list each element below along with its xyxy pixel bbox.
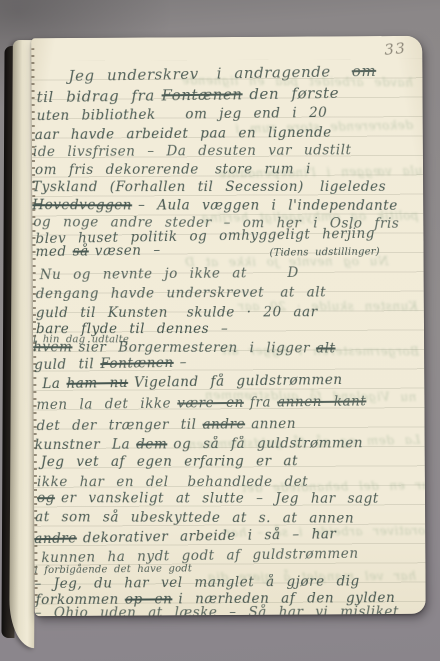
handwriting-segment: i andragende: [217, 63, 331, 83]
struck-word: og: [37, 490, 55, 506]
handwriting-line: aar havde arbeidet paa en lignende: [35, 125, 332, 144]
struck-word: hvem: [33, 339, 72, 355]
handwriting-line: men la det ikkevære enfraannen kant: [36, 393, 366, 413]
handwriting-line: ikke har en delbehandlede det: [37, 474, 308, 490]
handwriting-segment: Tyskland (Forhallen til Secession): [32, 179, 304, 195]
struck-word: om: [352, 62, 377, 80]
handwriting-line: kunnen ha nydt godt af guldstrømmen: [41, 546, 358, 566]
struck-word: alt: [316, 340, 336, 356]
struck-word: Hovedveggen: [32, 197, 132, 213]
handwriting-line: om fris dekorerendestore rum i: [35, 161, 311, 178]
handwriting-segment: til bidrag fra: [36, 87, 154, 107]
handwriting-line: guld til Kunstenskulde · 20 aar: [36, 304, 318, 321]
handwriting-segment: annen: [251, 416, 296, 432]
handwriting-line: – Ohio uden at læske – Så har vi mislike…: [35, 604, 399, 616]
handwriting-segment: fra: [250, 395, 271, 411]
handwriting-segment: dengang havde underskrevet: [36, 285, 264, 302]
struck-word: andre: [34, 530, 77, 547]
handwriting-segment: Jeg vet af egen erfaring er at: [41, 453, 298, 470]
handwriting-segment: kunnen ha nydt godt af guldstrømmen: [41, 546, 358, 566]
handwriting-line: (Tidens udstillinger): [269, 246, 379, 258]
handwriting-segment: ide livsfrisen – Da desuten var udstilt: [33, 142, 352, 160]
handwriting-line: medsåvæsen –: [35, 242, 160, 260]
handwriting-line: andredekorativer arbeide i så – har: [34, 526, 336, 547]
handwriting-segment: guld til: [34, 356, 94, 373]
handwriting-segment: Nu og nevnte jo ikke at: [40, 265, 247, 283]
handwriting-segment: sier Borgermesteren i ligger: [78, 339, 310, 356]
handwriting-segment: store rum i: [215, 161, 311, 177]
struck-word: Fontænen: [161, 85, 242, 104]
handwriting-line: oger vanskeligt at slutte – Jeg har sagt: [37, 490, 379, 507]
handwriting-segment: La: [42, 376, 60, 392]
handwriting-segment: behandlede det: [187, 474, 308, 490]
handwriting-line: ide livsfrisen – Da desuten var udstilt: [33, 142, 352, 160]
handwriting-line: Hovedveggen– Aula væggen i l'independant…: [32, 197, 398, 214]
handwriting-line: det der trænger tilandreannen: [37, 416, 297, 434]
handwriting-line: uten bibliothekom jeg end i 20: [37, 105, 328, 124]
handwriting-line: dengang havde underskrevetat alt: [36, 284, 326, 302]
handwriting-segment: Jeg underskrev: [68, 65, 199, 85]
handwriting-segment: dekorativer arbeide i så – har: [83, 526, 337, 546]
handwriting-segment: med: [35, 244, 66, 260]
handwriting-line: guld tilFontænen–: [34, 355, 187, 374]
handwriting-segment: kunstner La: [35, 437, 131, 454]
struck-word: være en: [177, 395, 244, 412]
handwriting-line: Tyskland (Forhallen til Secession)ligele…: [32, 179, 386, 195]
handwriting-segment: men la det ikke: [36, 396, 171, 414]
struck-word: andre: [202, 416, 245, 432]
handwriting-line: Jeg underskrevi andragendeom: [68, 62, 376, 85]
handwriting-line: kunstner Lademog så få guldstrømmen: [35, 435, 363, 453]
handwriting-text: Jeg underskrevi andragendeomtil bidrag f…: [31, 36, 426, 616]
handwriting-segment: om jeg end i 20: [185, 105, 327, 123]
handwriting-segment: væsen –: [95, 242, 161, 259]
handwriting-line: Nu og nevnte jo ikke atD: [40, 265, 299, 283]
handwriting-segment: uten bibliothek: [37, 107, 156, 124]
struck-word: så: [73, 243, 89, 259]
handwriting-segment: er vanskeligt at slutte – Jeg har sagt: [61, 490, 379, 507]
handwriting-segment: ligeledes: [320, 179, 386, 195]
handwriting-segment: ikke har en del: [37, 474, 169, 490]
handwriting-line: Laham nuVigeland få guldstrømmen: [42, 372, 342, 392]
handwriting-segment: om fris dekorerende: [35, 162, 199, 179]
handwriting-segment: guld til Kunsten: [36, 305, 168, 321]
handwriting-segment: –: [180, 355, 188, 371]
handwriting-line: at som så ubeskyttede at s. at annen: [35, 509, 354, 526]
struck-word: annen kant: [277, 393, 366, 410]
notebook-page: aar havde arbeidet paa en lignendeom fri…: [31, 36, 426, 616]
handwriting-segment: aar havde arbeidet paa en lignende: [35, 125, 332, 144]
photo-backdrop: aar havde arbeidet paa en lignendeom fri…: [0, 0, 440, 661]
handwriting-line: Jeg vet af egen erfaring er at: [41, 453, 298, 470]
handwriting-segment: og så få guldstrømmen: [173, 435, 363, 452]
struck-word: ham nu: [66, 375, 128, 392]
handwriting-line: – Jeg, du har vel manglet å gjøre dig: [35, 573, 360, 592]
handwriting-segment: – Jeg, du har vel manglet å gjøre dig: [35, 573, 360, 592]
handwriting-segment: den første: [249, 84, 339, 103]
handwriting-segment: det der trænger til: [37, 417, 197, 434]
struck-word: Fontænen: [100, 355, 174, 372]
handwriting-segment: (Tidens udstillinger): [269, 246, 379, 258]
handwriting-segment: at alt: [280, 284, 326, 300]
handwriting-segment: – Ohio uden at læske – Så har vi mislike…: [35, 604, 399, 616]
handwriting-segment: at som så ubeskyttede at s. at annen: [35, 509, 354, 526]
struck-word: dem: [136, 436, 167, 452]
handwriting-segment: skulde · 20 aar: [187, 304, 318, 320]
handwriting-segment: Vigeland få guldstrømmen: [134, 372, 343, 391]
handwriting-line: til bidrag fraFontænenden første: [36, 84, 339, 106]
handwriting-segment: – Aula væggen i l'independante: [138, 197, 398, 213]
handwriting-segment: D: [287, 265, 299, 281]
